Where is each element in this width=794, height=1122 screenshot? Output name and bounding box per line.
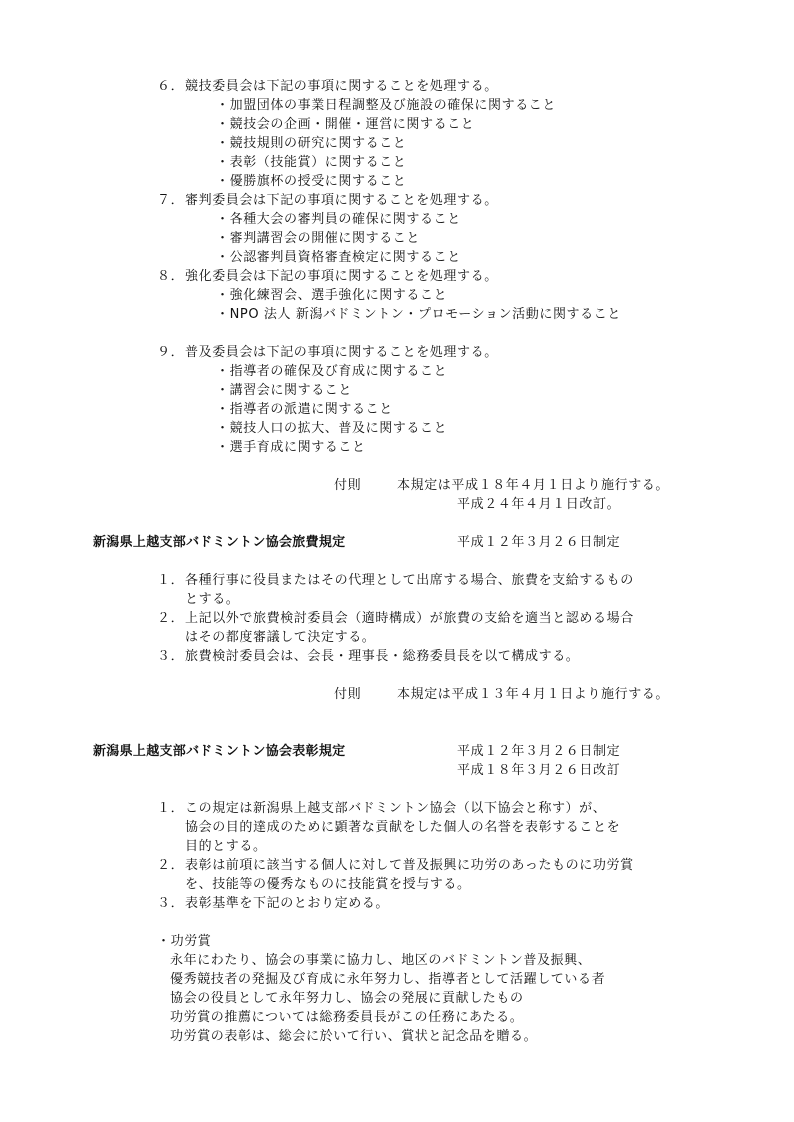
bullet-item: ・各種大会の審判員の確保に関すること — [216, 210, 461, 229]
merit-award-heading: ・功労賞 — [157, 932, 211, 951]
supplementary-text: 本規定は平成１３年４月１日より施行する。 — [397, 685, 669, 704]
item-text: とする。 — [185, 590, 239, 609]
bullet-item: ・加盟団体の事業日程調整及び施設の確保に関すること — [216, 96, 556, 115]
merit-award-line: 協会の役員として永年努力し、協会の発展に貢献したもの — [170, 989, 524, 1008]
bullet-item: ・競技会の企画・開催・運営に関すること — [216, 115, 474, 134]
item-text: 各種行事に役員またはその代理として出席する場合、旅費を支給するもの — [185, 571, 634, 590]
item-number: ７． — [157, 191, 184, 210]
bullet-item: ・指導者の確保及び育成に関すること — [216, 362, 447, 381]
item-number: ８． — [157, 267, 184, 286]
bullet-item: ・指導者の派遣に関すること — [216, 400, 393, 419]
merit-award-line: 功労賞の表彰は、総会に於いて行い、賞状と記念品を贈る。 — [170, 1027, 537, 1046]
supplementary-label: 付則 — [334, 476, 361, 495]
item-text: この規定は新潟県上越支部バドミントン協会（以下協会と称す）が、 — [185, 799, 606, 818]
bullet-item: ・表彰（技能賞）に関すること — [216, 153, 406, 172]
item-number: ９． — [157, 343, 184, 362]
bullet-item: ・講習会に関すること — [216, 381, 352, 400]
item-number: １． — [157, 799, 184, 818]
merit-award-line: 優秀競技者の発掘及び育成に永年努力し、指導者として活躍している者 — [170, 970, 605, 989]
item-text: 目的とする。 — [185, 837, 267, 856]
established-date: 平成１２年３月２６日制定 — [457, 533, 620, 552]
revised-date: 平成１８年３月２６日改訂 — [457, 761, 620, 780]
bullet-item: ・公認審判員資格審査検定に関すること — [216, 248, 461, 267]
item-number: ２． — [157, 609, 184, 628]
item-text: 協会の目的達成のために顕著な貢献をした個人の名誉を表彰することを — [185, 818, 620, 837]
item-text: 審判委員会は下記の事項に関することを処理する。 — [185, 191, 498, 210]
item-number: ６． — [157, 77, 184, 96]
item-number: ３． — [157, 894, 184, 913]
bullet-item: ・競技人口の拡大、普及に関すること — [216, 419, 447, 438]
established-date: 平成１２年３月２６日制定 — [457, 742, 620, 761]
merit-award-line: 永年にわたり、協会の事業に協力し、地区のバドミントン普及振興、 — [170, 951, 591, 970]
item-text: 競技委員会は下記の事項に関することを処理する。 — [185, 77, 498, 96]
section-title: 新潟県上越支部バドミントン協会表彰規定 — [93, 742, 345, 761]
bullet-item: ・強化練習会、選手強化に関すること — [216, 286, 447, 305]
item-text: 普及委員会は下記の事項に関することを処理する。 — [185, 343, 498, 362]
item-number: ２． — [157, 856, 184, 875]
item-text: を、技能等の優秀なものに技能賞を授与する。 — [185, 875, 471, 894]
merit-award-line: 功労賞の推薦については総務委員長がこの任務にあたる。 — [170, 1008, 523, 1027]
section-title: 新潟県上越支部バドミントン協会旅費規定 — [93, 533, 345, 552]
item-text: 表彰は前項に該当する個人に対して普及振興に功労のあったものに功労賞 — [185, 856, 634, 875]
item-text: 強化委員会は下記の事項に関することを処理する。 — [185, 267, 498, 286]
revision-date: 平成２４年４月１日改訂。 — [457, 495, 620, 514]
supplementary-label: 付則 — [334, 685, 361, 704]
bullet-item: ・競技規則の研究に関すること — [216, 134, 406, 153]
bullet-item: ・NPO 法人 新潟バドミントン・プロモーション活動に関すること — [216, 305, 621, 324]
item-text: はその都度審議して決定する。 — [185, 628, 375, 647]
supplementary-text: 本規定は平成１８年４月１日より施行する。 — [397, 476, 669, 495]
item-text: 上記以外で旅費検討委員会（適時構成）が旅費の支給を適当と認める場合 — [185, 609, 634, 628]
item-number: １． — [157, 571, 184, 590]
bullet-item: ・審判講習会の開催に関すること — [216, 229, 420, 248]
bullet-item: ・優勝旗杯の授受に関すること — [216, 172, 406, 191]
item-text: 旅費検討委員会は、会長・理事長・総務委員長を以て構成する。 — [185, 647, 579, 666]
item-text: 表彰基準を下記のとおり定める。 — [185, 894, 389, 913]
bullet-item: ・選手育成に関すること — [216, 438, 366, 457]
item-number: ３． — [157, 647, 184, 666]
